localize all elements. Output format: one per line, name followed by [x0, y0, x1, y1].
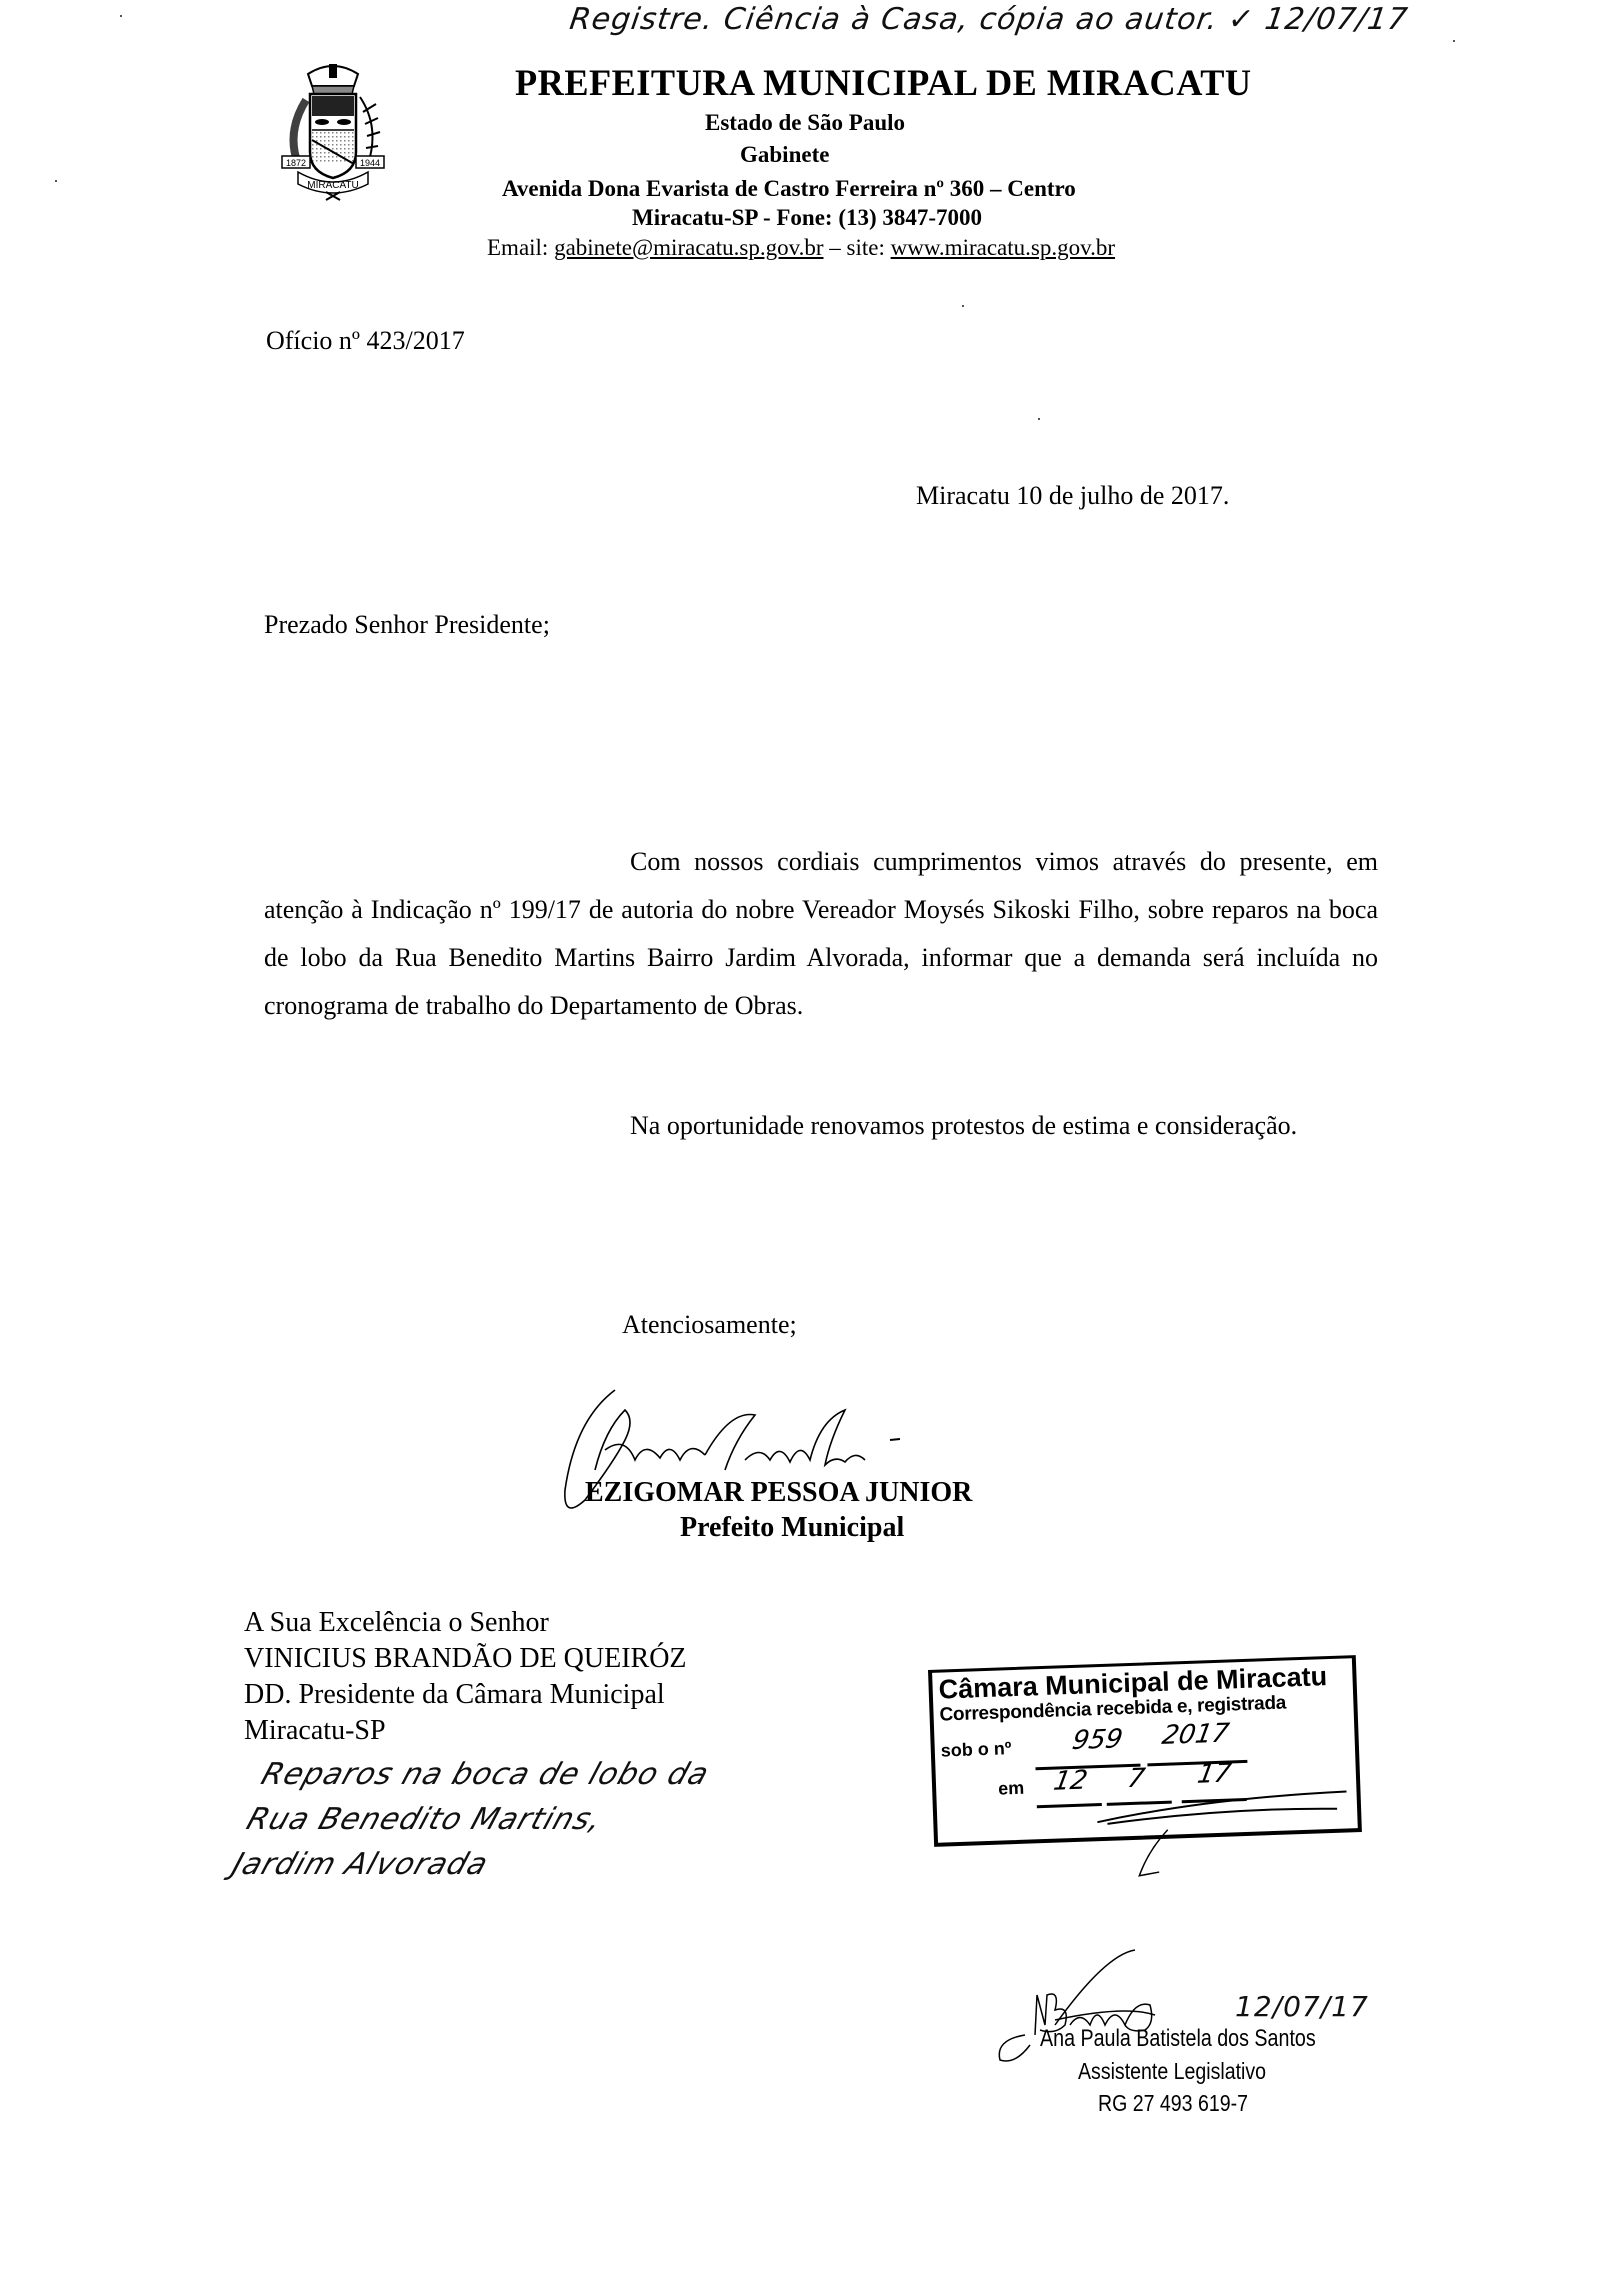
recipient-line: VINICIUS BRANDÃO DE QUEIRÓZ — [244, 1641, 804, 1677]
stamp-day: 12 — [1051, 1765, 1089, 1796]
stamp-initial-scribble — [1086, 1783, 1359, 1882]
header-address: Avenida Dona Evarista de Castro Ferreira… — [502, 176, 1076, 202]
stamp-date-label: em — [998, 1778, 1025, 1800]
clerk-rg: RG 27 493 619-7 — [1098, 2090, 1248, 2117]
clerk-role: Assistente Legislativo — [1078, 2058, 1266, 2085]
letter-paragraph-2: Na oportunidade renovamos protestos de e… — [264, 1102, 1378, 1150]
email-label: Email: — [487, 235, 554, 260]
stamp-number-value: 959 — [1070, 1724, 1125, 1756]
letter-paragraph-1: Com nossos cordiais cumprimentos vimos a… — [264, 838, 1378, 1030]
signer-name: EZIGOMAR PESSOA JUNIOR — [585, 1477, 972, 1509]
scan-speck — [120, 15, 122, 17]
subject-line: Reparos na boca de lobo da — [255, 1752, 830, 1797]
clerk-handwritten-date: 12/07/17 — [1235, 1990, 1369, 2023]
header-state: Estado de São Paulo — [705, 110, 905, 136]
scan-speck — [55, 180, 57, 182]
signer-role: Prefeito Municipal — [680, 1512, 904, 1544]
municipal-coat-of-arms-icon: 1872 1944 MIRACATU — [268, 52, 398, 202]
stamp-year: 17 — [1195, 1758, 1233, 1789]
crest-year-left: 1872 — [286, 158, 306, 168]
email-link[interactable]: gabinete@miracatu.sp.gov.br — [554, 235, 823, 260]
page-title: PREFEITURA MUNICIPAL DE MIRACATU — [515, 62, 1252, 105]
recipient-line: A Sua Excelência o Senhor — [244, 1605, 804, 1641]
header-contact: Email: gabinete@miracatu.sp.gov.br – sit… — [487, 235, 1115, 261]
scan-speck — [1453, 40, 1455, 42]
site-label: – site: — [824, 235, 891, 260]
letter-date: Miracatu 10 de julho de 2017. — [916, 481, 1229, 511]
handwritten-subject-note: Reparos na boca de lobo da Rua Benedito … — [226, 1752, 830, 1887]
recipient-line: Miracatu-SP — [244, 1713, 804, 1749]
letter-reference: Ofício nº 423/2017 — [266, 326, 465, 356]
clerk-name: Ana Paula Batistela dos Santos — [1040, 2025, 1316, 2053]
crest-year-right: 1944 — [360, 158, 380, 168]
crest-ribbon: MIRACATU — [307, 180, 358, 191]
letter-closing: Atenciosamente; — [622, 1310, 797, 1340]
stamp-number-label: sob o nº — [940, 1738, 1011, 1761]
scan-speck — [1038, 418, 1040, 420]
site-link[interactable]: www.miracatu.sp.gov.br — [891, 235, 1115, 260]
recipient-line: DD. Presidente da Câmara Municipal — [244, 1677, 804, 1713]
handwritten-dispatch-note: Registre. Ciência à Casa, cópia ao autor… — [568, 2, 1411, 37]
stamp-number-year: 2017 — [1160, 1718, 1231, 1751]
scan-speck — [962, 305, 964, 307]
subject-line: Rua Benedito Martins, — [241, 1797, 816, 1842]
header-department: Gabinete — [740, 142, 829, 168]
recipient-block: A Sua Excelência o Senhor VINICIUS BRAND… — [244, 1605, 804, 1749]
letter-salutation: Prezado Senhor Presidente; — [264, 610, 550, 640]
header-city-phone: Miracatu-SP - Fone: (13) 3847-7000 — [632, 205, 982, 231]
subject-line: Jardim Alvorada — [226, 1842, 801, 1887]
receipt-stamp: Câmara Municipal de Miracatu Correspondê… — [928, 1655, 1362, 1847]
